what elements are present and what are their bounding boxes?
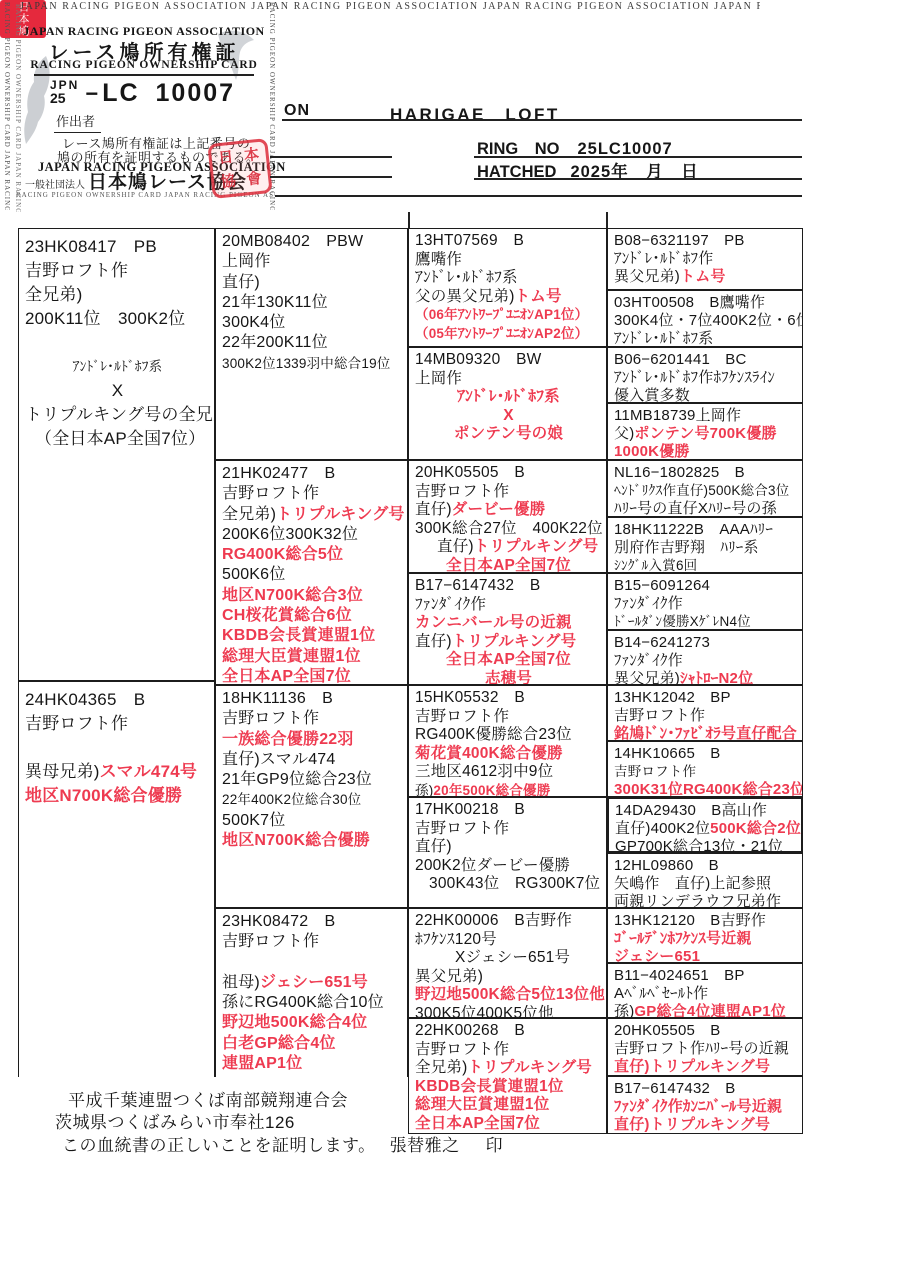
pedigree-text: 18HK11136 B [222,690,333,707]
pedigree-line: X [415,407,602,426]
pedigree-text: 500K6位 [222,566,285,583]
pedigree-line: 300K5位400K5位他 [415,1005,602,1019]
pedigree-highlight-text: 500K総合2位 [710,820,801,837]
pedigree-text: 異父兄弟) [614,268,680,285]
pedigree-highlight-text: 全日本AP全国7位 [415,1115,540,1132]
pedigree-line: （05年ｱﾝﾄﾜｰﾌﾟﾕﾆｵﾝAP2位） [415,325,602,344]
pedigree-cell-great-great-grandparent-2: 03HT00508 B鷹嘴作300K4位・7位400K2位・6位ｱﾝﾄﾞﾚ･ﾙﾄ… [607,290,803,347]
pedigree-text: 20HK05505 B [614,1022,720,1039]
pedigree-text: 300K4位・7位400K2位・6位 [614,312,803,329]
pedigree-text: 全兄弟) [222,506,276,523]
pedigree-line: 300K4位・7位400K2位・6位 [614,312,798,330]
pedigree-line: 300K43位 RG300K7位 [415,875,602,894]
pedigree-text: 父の異父兄弟) [415,288,515,305]
certification-statement: この血統書の正しいことを証明します。 [62,1136,376,1155]
pedigree-line [222,953,403,973]
pedigree-line: 全兄弟) [25,283,210,307]
pedigree-cell-great-grandparent-3: 20HK05505 B吉野ロフト作直仔)ダービー優勝300K総合27位 400K… [408,460,607,573]
pedigree-text: 11MB18739上岡作 [614,407,741,424]
pedigree-highlight-text: スマル474号 [100,762,197,781]
pedigree-text: B14−6241273 [614,634,710,651]
pedigree-highlight-text: 総理大臣賞連盟1位 [415,1096,549,1113]
pedigree-line: 異父兄弟)ｼｬﾄﾛｰN2位 [614,670,798,685]
pedigree-text: 03HT00508 B鷹嘴作 [614,294,765,311]
pedigree-highlight-text: 地区N700K総合優勝 [25,786,182,805]
pedigree-line: 21HK02477 B [222,464,403,484]
pedigree-highlight-text: （05年ｱﾝﾄﾜｰﾌﾟﾕﾆｵﾝAP2位） [415,326,588,341]
pedigree-line: 白老GP総合4位 [222,1034,403,1054]
pedigree-text: 15HK05532 B [415,689,525,706]
pedigree-text: 14DA29430 B高山作 [615,802,767,819]
pedigree-text: 13HT07569 B [415,232,524,249]
pedigree-highlight-text: 銘鳩ﾄﾞﾝ･ﾌｧﾋﾞｵﾗ号直仔配合 [614,725,797,741]
pedigree-text: Aﾍﾞﾙﾍﾞｾｰﾙﾄ作 [614,985,708,1002]
pedigree-line: ｱﾝﾄﾞﾚ･ﾙﾄﾞﾎﾌ系 [415,388,602,407]
pedigree-line: 14HK10665 B [614,745,798,763]
pedigree-text: 22HK00268 B [415,1022,525,1039]
pedigree-text: 父) [614,425,634,442]
pedigree-highlight-text: 全日本AP全国7位 [222,668,351,685]
pedigree-cell-grandparent-2: 21HK02477 B吉野ロフト作全兄弟)トリプルキング号200K6位300K3… [215,460,408,685]
pedigree-highlight-text: カンニバール号の近親 [415,614,572,631]
pedigree-cell-great-great-grandparent-13: 13HK12120 B吉野作ｺﾞｰﾙﾃﾞﾝﾎﾌｹﾝｽ号近親ジェシー651 [607,908,803,963]
pedigree-line: 吉野ロフト作 [415,1041,602,1060]
pedigree-cell-great-great-grandparent-3: B06−6201441 BCｱﾝﾄﾞﾚ･ﾙﾄﾞﾎﾌ作ﾎﾌｹﾝｽﾗｲﾝ優入賞多数 [607,347,803,403]
pedigree-line: 吉野ロフト作ﾊﾘｰ号の近親 [614,1040,798,1058]
pedigree-highlight-text: 連盟AP1位 [222,1055,302,1072]
pedigree-line: B14−6241273 [614,634,798,652]
pedigree-text: 直仔)スマル474 [222,751,336,768]
pedigree-line: 300K2位1339羽中総合19位 [222,354,403,374]
pedigree-line: 孫)20年500K総合優勝 [415,782,602,798]
pedigree-line: 吉野ロフト作 [222,484,403,504]
footer-certification: この血統書の正しいことを証明します。張替雅之印 [62,1131,503,1156]
pedigree-text: ﾌｧﾝﾀﾞｲｸ作 [614,652,683,669]
pedigree-highlight-text: ジェシー651号 [260,974,368,991]
pedigree-text: トリプルキング号の全兄弟 [25,405,215,424]
pedigree-line: 直仔)スマル474 [222,750,403,770]
pedigree-text: 吉野ロフト作 [25,714,128,733]
pedigree-line: Aﾍﾞﾙﾍﾞｾｰﾙﾄ作 [614,985,798,1003]
pedigree-text: 孫) [415,783,433,798]
pedigree-line: KBDB会長賞連盟1位 [415,1078,602,1097]
pedigree-line: ﾄﾞｰﾙﾀﾞﾝ優勝XｹﾞﾚN4位 [614,613,798,630]
pedigree-text: 全兄弟) [25,285,82,304]
pedigree-text: B17−6147432 B [614,1080,735,1097]
pedigree-cell-great-grandparent-6: 17HK00218 B吉野ロフト作直仔)200K2位ダービー優勝300K43位 … [408,797,607,908]
pedigree-cell-grandparent-3: 18HK11136 B吉野ロフト作一族総合優勝22羽直仔)スマル47421年GP… [215,685,408,908]
pedigree-highlight-text: 総理大臣賞連盟1位 [222,648,361,665]
pedigree-highlight-text: ｼｬﾄﾛｰN2位 [680,670,753,685]
pedigree-line: 11MB18739上岡作 [614,407,798,425]
pedigree-highlight-text: トリプルキング号 [467,1059,592,1076]
pedigree-text: 吉野ロフト作 [614,764,696,779]
pedigree-text: 直仔) [415,501,452,518]
pedigree-line: 21年GP9位総合23位 [222,770,403,790]
pedigree-line: ﾍﾝﾄﾞﾘｸｽ作直仔)500K総合3位 [614,482,798,500]
pedigree-text: B08−6321197 PB [614,232,745,249]
pedigree-line: CH桜花賞総合6位 [222,606,403,626]
pedigree-cell-parent-2: 24HK04365 B吉野ロフト作 異母兄弟)スマル474号地区N700K総合優… [18,681,215,1077]
pedigree-text: 17HK00218 B [415,801,525,818]
pedigree-text: 孫) [614,1003,634,1018]
pedigree-text: 13HK12042 BP [614,689,731,706]
pedigree-line: 23HK08472 B [222,912,403,932]
pedigree-line: 300K31位RG400K総合23位 [614,781,798,797]
pedigree-text: ﾌｧﾝﾀﾞｲｸ作 [415,596,486,613]
pedigree-line: B11−4024651 BP [614,967,798,985]
pedigree-line: 17HK00218 B [415,801,602,820]
pedigree-text: RG400K優勝総合23位 [415,726,572,743]
pedigree-line: ﾊﾘｰ号の直仔Xﾊﾘｰ号の孫 [614,500,798,517]
pedigree-highlight-text: トム号 [680,268,726,285]
pedigree-text: 吉野ロフト作 [415,483,509,500]
pedigree-cell-great-grandparent-4: B17−6147432 Bﾌｧﾝﾀﾞｲｸ作カンニバール号の近親直仔)トリプルキン… [408,573,607,685]
pedigree-highlight-text: 直仔)トリプルキング号 [614,1116,770,1133]
pedigree-line: ｱﾝﾄﾞﾚ･ﾙﾄﾞﾎﾌ系 [614,330,798,347]
pedigree-text: 21年GP9位総合23位 [222,771,372,788]
pedigree-line: ｱﾝﾄﾞﾚ･ﾙﾄﾞﾎﾌ系 [25,355,210,379]
pedigree-line: 吉野ロフト作 [25,259,210,283]
pedigree-line: 20HK05505 B [614,1022,798,1040]
pedigree-line: B17−6147432 B [415,577,602,596]
pedigree-line [25,736,210,760]
pedigree-cell-parent-1: 23HK08417 PB吉野ロフト作全兄弟)200K11位 300K2位 ｱﾝﾄ… [18,228,215,681]
pedigree-line: 直仔)トリプルキング号 [614,1116,798,1134]
pedigree-line: KBDB会長賞連盟1位 [222,626,403,646]
pedigree-line: ジェシー651 [614,948,798,963]
pedigree-text: （全日本AP全国7位） [35,429,205,448]
pedigree-line: 1000K優勝 [614,443,798,460]
pedigree-highlight-text: ジェシー651 [614,948,700,963]
pedigree-line: 異母兄弟)スマル474号 [25,760,210,784]
pedigree-text: 異父兄弟) [614,670,680,685]
pedigree-highlight-text: 地区N700K総合優勝 [222,832,370,849]
pedigree-text: X [112,381,124,400]
pedigree-text: 異母兄弟) [25,762,100,781]
pedigree-text: ﾊﾘｰ号の直仔Xﾊﾘｰ号の孫 [614,500,777,517]
pedigree-highlight-text: 300K31位RG400K総合23位 [614,781,803,797]
pedigree-line: ポンテン号の娘 [415,425,602,444]
pedigree-text: 直仔) [437,538,474,555]
pedigree-text: 23HK08417 PB [25,237,157,256]
pedigree-line: 全兄弟)トリプルキング号 [222,505,403,525]
pedigree-line: 200K2位ダービー優勝 [415,857,602,876]
pedigree-line: 父)ポンテン号700K優勝 [614,425,798,443]
pedigree-line: 18HK11222B AAAﾊﾘｰ [614,521,798,539]
pedigree-line: 三地区4612羽中9位 [415,763,602,782]
pedigree-highlight-text: トリプルキング号 [474,538,599,555]
pedigree-line: B08−6321197 PB [614,232,798,250]
pedigree-certificate-page: JAPAN RACING PIGEON ASSOCIATION JAPAN RA… [0,0,900,1272]
pedigree-cell-great-grandparent-5: 15HK05532 B吉野ロフト作RG400K優勝総合23位菊花賞400K総合優… [408,685,607,797]
pedigree-highlight-text: トム号 [515,288,562,305]
pedigree-text: 孫にRG400K総合10位 [222,994,384,1011]
pedigree-cell-great-grandparent-1: 13HT07569 B鷹嘴作ｱﾝﾄﾞﾚ･ﾙﾄﾞﾎﾌ系父の異父兄弟)トム号（06年… [408,228,607,347]
pedigree-text: ﾄﾞｰﾙﾀﾞﾝ優勝XｹﾞﾚN4位 [614,614,751,629]
pedigree-highlight-text: ポンテン号の娘 [454,425,563,442]
pedigree-text: 直仔) [415,633,452,650]
pedigree-line: 24HK04365 B [25,688,210,712]
pedigree-text: 三地区4612羽中9位 [415,763,553,780]
pedigree-text: 23HK08472 B [222,913,335,930]
pedigree-cell-great-great-grandparent-7: B15−6091264ﾌｧﾝﾀﾞｲｸ作ﾄﾞｰﾙﾀﾞﾝ優勝XｹﾞﾚN4位 [607,573,803,630]
pedigree-line: ﾌｧﾝﾀﾞｲｸ作ｶﾝﾆﾊﾞｰﾙ号近親 [614,1098,798,1116]
pedigree-text: ｱﾝﾄﾞﾚ･ﾙﾄﾞﾎﾌ作 [614,250,714,267]
pedigree-line: 22年400K2位総合30位 [222,790,403,810]
pedigree-cell-grandparent-4: 23HK08472 B吉野ロフト作 祖母)ジェシー651号孫にRG400K総合1… [215,908,408,1077]
pedigree-line: 鷹嘴作 [415,251,602,270]
pedigree-cell-great-great-grandparent-4: 11MB18739上岡作父)ポンテン号700K優勝1000K優勝 [607,403,803,460]
pedigree-line: 吉野ロフト作 [415,708,602,727]
pedigree-text: 祖母) [222,974,260,991]
pedigree-line: 15HK05532 B [415,689,602,708]
pedigree-line: 吉野ロフト作 [415,483,602,502]
pedigree-line: 吉野ロフト作 [415,820,602,839]
pedigree-line: ｱﾝﾄﾞﾚ･ﾙﾄﾞﾎﾌ系 [415,269,602,288]
pedigree-cell-great-grandparent-7: 22HK00006 B吉野作ﾎﾌｹﾝｽ120号Xジェシー651号異父兄弟)野辺地… [408,908,607,1018]
pedigree-line: B17−6147432 B [614,1080,798,1098]
pedigree-cell-great-great-grandparent-8: B14−6241273ﾌｧﾝﾀﾞｲｸ作異父兄弟)ｼｬﾄﾛｰN2位 [607,630,803,685]
pedigree-text: ｱﾝﾄﾞﾚ･ﾙﾄﾞﾎﾌ系 [614,330,714,347]
pedigree-text: 吉野ロフト作 [614,707,705,724]
pedigree-line: 吉野ロフト作 [222,709,403,729]
pedigree-line: ﾌｧﾝﾀﾞｲｸ作 [614,595,798,613]
pedigree-highlight-text: 白老GP総合4位 [222,1035,336,1052]
pedigree-line: 18HK11136 B [222,689,403,709]
pedigree-line: （全日本AP全国7位） [25,427,210,451]
pedigree-cell-grandparent-1: 20MB08402 PBW上岡作直仔)21年130K11位300K4位22年20… [215,228,408,460]
pedigree-line: 500K6位 [222,565,403,585]
pedigree-highlight-text: 志穂号 [485,670,532,686]
pedigree-line: 13HK12120 B吉野作 [614,912,798,930]
pedigree-line: 直仔)トリプルキング号 [614,1058,798,1076]
pedigree-line: 20HK05505 B [415,464,602,483]
pedigree-line: 異父兄弟)トム号 [614,268,798,286]
pedigree-line: 14MB09320 BW [415,351,602,370]
pedigree-text: ﾎﾌｹﾝｽ120号 [415,931,497,948]
pedigree-highlight-text: 全日本AP全国7位 [446,557,571,574]
pedigree-text: 300K4位 [222,314,285,331]
pedigree-text: 別府作吉野翔 ﾊﾘｰ系 [614,539,759,556]
pedigree-cell-great-grandparent-2: 14MB09320 BW上岡作ｱﾝﾄﾞﾚ･ﾙﾄﾞﾎﾌ系Xポンテン号の娘 [408,347,607,460]
pedigree-highlight-text: ﾌｧﾝﾀﾞｲｸ作ｶﾝﾆﾊﾞｰﾙ号近親 [614,1098,782,1115]
pedigree-cell-great-great-grandparent-5: NL16−1802825 Bﾍﾝﾄﾞﾘｸｽ作直仔)500K総合3位ﾊﾘｰ号の直仔… [607,460,803,517]
pedigree-line: 野辺地500K総合5位13位他 [415,986,602,1005]
pedigree-text: 24HK04365 B [25,690,145,709]
pedigree-text: 200K6位300K32位 [222,526,358,543]
pedigree-text: 300K43位 RG300K7位 [429,875,600,892]
pedigree-table: 23HK08417 PB吉野ロフト作全兄弟)200K11位 300K2位 ｱﾝﾄ… [0,0,900,1272]
pedigree-cell-great-grandparent-8: 22HK00268 B吉野ロフト作全兄弟)トリプルキング号KBDB会長賞連盟1位… [408,1018,607,1134]
pedigree-text: 異父兄弟) [415,968,483,985]
pedigree-line: 上岡作 [415,370,602,389]
pedigree-line: 300K総合27位 400K22位 [415,520,602,539]
pedigree-text: 吉野ロフト作 [222,710,319,727]
pedigree-text: 300K総合27位 400K22位 [415,520,603,537]
pedigree-line: トリプルキング号の全兄弟 [25,403,210,427]
seal-character: 印 [486,1136,504,1155]
pedigree-highlight-text: 20年500K総合優勝 [433,783,550,798]
pedigree-line: 200K11位 300K2位 [25,307,210,331]
pedigree-text: ﾍﾝﾄﾞﾘｸｽ作直仔)500K総合3位 [614,483,789,498]
pedigree-text: 吉野ロフト作 [222,933,319,950]
pedigree-text: 22HK00006 B吉野作 [415,912,572,929]
pedigree-line: 500K7位 [222,811,403,831]
pedigree-cell-great-great-grandparent-14: B11−4024651 BPAﾍﾞﾙﾍﾞｾｰﾙﾄ作孫)GP総合4位連盟AP1位 [607,963,803,1018]
pedigree-line: 300K4位 [222,313,403,333]
pedigree-text: 500K7位 [222,812,285,829]
pedigree-highlight-text: ポンテン号700K優勝 [634,425,776,442]
pedigree-line: 孫)GP総合4位連盟AP1位 [614,1003,798,1018]
pedigree-line: 14DA29430 B高山作 [615,802,797,820]
pedigree-text: 吉野ロフト作 [415,820,509,837]
pedigree-highlight-text: （06年ｱﾝﾄﾜｰﾌﾟﾕﾆｵﾝAP1位） [415,307,588,322]
pedigree-text: 300K5位400K5位他 [415,1005,554,1019]
pedigree-text: 吉野ロフト作 [415,708,509,725]
pedigree-text: 13HK12120 B吉野作 [614,912,766,929]
pedigree-highlight-text: 1000K優勝 [614,443,690,460]
pedigree-text: B11−4024651 BP [614,967,745,984]
pedigree-line: 03HT00508 B鷹嘴作 [614,294,798,312]
pedigree-text: 21HK02477 B [222,465,335,482]
pedigree-highlight-text: 一族総合優勝22羽 [222,731,354,748]
pedigree-text: ｱﾝﾄﾞﾚ･ﾙﾄﾞﾎﾌ系 [73,359,163,374]
pedigree-highlight-text: 野辺地500K総合4位 [222,1014,367,1031]
pedigree-line: 菊花賞400K総合優勝 [415,745,602,764]
pedigree-highlight-text: X [503,407,514,424]
pedigree-line: 一族総合優勝22羽 [222,730,403,750]
pedigree-text: 両親リンデラウフ兄弟作 [614,893,781,908]
pedigree-line: 200K6位300K32位 [222,525,403,545]
pedigree-line: 13HT07569 B [415,232,602,251]
pedigree-line: 直仔)ダービー優勝 [415,501,602,520]
pedigree-highlight-text: RG400K総合5位 [222,546,343,563]
pedigree-line: 地区N700K総合優勝 [222,831,403,851]
pedigree-line: （06年ｱﾝﾄﾜｰﾌﾟﾕﾆｵﾝAP1位） [415,306,602,325]
pedigree-line: 23HK08417 PB [25,235,210,259]
pedigree-highlight-text: ｱﾝﾄﾞﾚ･ﾙﾄﾞﾎﾌ系 [457,388,560,405]
pedigree-cell-great-great-grandparent-9: 13HK12042 BP吉野ロフト作銘鳩ﾄﾞﾝ･ﾌｧﾋﾞｵﾗ号直仔配合 [607,685,803,741]
pedigree-text: 優入賞多数 [614,387,690,403]
pedigree-line: NL16−1802825 B [614,464,798,482]
pedigree-line: 異父兄弟) [415,968,602,987]
pedigree-text: ｼﾝｸﾞﾙ入賞6回 [614,558,697,573]
pedigree-highlight-text: トリプルキング号 [452,633,577,650]
pedigree-text: 200K2位ダービー優勝 [415,857,570,874]
pedigree-line: 全兄弟)トリプルキング号 [415,1059,602,1078]
pedigree-line: 20MB08402 PBW [222,232,403,252]
pedigree-line: 21年130K11位 [222,293,403,313]
pedigree-text: ﾌｧﾝﾀﾞｲｸ作 [614,595,683,612]
pedigree-line: ｱﾝﾄﾞﾚ･ﾙﾄﾞﾎﾌ作ﾎﾌｹﾝｽﾗｲﾝ [614,369,798,387]
pedigree-line: 直仔)トリプルキング号 [415,538,602,557]
pedigree-text: 200K11位 300K2位 [25,309,185,328]
pedigree-cell-great-great-grandparent-6: 18HK11222B AAAﾊﾘｰ別府作吉野翔 ﾊﾘｰ系ｼﾝｸﾞﾙ入賞6回 [607,517,803,573]
pedigree-line: 吉野ロフト作 [222,932,403,952]
pedigree-line: カンニバール号の近親 [415,614,602,633]
pedigree-line: ｱﾝﾄﾞﾚ･ﾙﾄﾞﾎﾌ作 [614,250,798,268]
pedigree-line: 直仔)トリプルキング号 [415,633,602,652]
pedigree-text: 14HK10665 B [614,745,720,762]
pedigree-line: ﾌｧﾝﾀﾞｲｸ作 [614,652,798,670]
pedigree-text: 22年200K11位 [222,334,328,351]
pedigree-text: 吉野ロフト作 [415,1041,509,1058]
pedigree-line: 連盟AP1位 [222,1054,403,1074]
pedigree-line [25,331,210,355]
pedigree-text: 21年130K11位 [222,294,328,311]
pedigree-highlight-text: トリプルキング号 [276,506,404,523]
pedigree-text: 直仔) [222,274,260,291]
pedigree-text: 20MB08402 PBW [222,233,363,250]
pedigree-line: B06−6201441 BC [614,351,798,369]
pedigree-line: 22年200K11位 [222,333,403,353]
pedigree-text: 吉野ロフト作 [25,261,128,280]
pedigree-text: 18HK11222B AAAﾊﾘｰ [614,521,773,538]
pedigree-line: 全日本AP全国7位 [415,651,602,670]
pedigree-text: 鷹嘴作 [415,251,462,268]
pedigree-line: RG400K総合5位 [222,545,403,565]
pedigree-line: 両親リンデラウフ兄弟作 [614,893,798,908]
pedigree-highlight-text: KBDB会長賞連盟1位 [415,1078,564,1095]
pedigree-cell-great-great-grandparent-1: B08−6321197 PBｱﾝﾄﾞﾚ･ﾙﾄﾞﾎﾌ作異父兄弟)トム号 [607,228,803,290]
pedigree-line: 野辺地500K総合4位 [222,1013,403,1033]
pedigree-line: 地区N700K総合3位 [222,586,403,606]
pedigree-line: 12HL09860 B [614,857,798,875]
pedigree-line: ｺﾞｰﾙﾃﾞﾝﾎﾌｹﾝｽ号近親 [614,930,798,948]
pedigree-line: X [25,379,210,403]
pedigree-text: 直仔) [415,838,452,855]
pedigree-text: NL16−1802825 B [614,464,745,481]
pedigree-text: 20HK05505 B [415,464,525,481]
pedigree-line: 全日本AP全国7位 [415,557,602,574]
pedigree-line: 優入賞多数 [614,387,798,403]
pedigree-line: 直仔) [222,273,403,293]
pedigree-highlight-text: KBDB会長賞連盟1位 [222,627,375,644]
pedigree-line: 祖母)ジェシー651号 [222,973,403,993]
pedigree-line: 志穂号 [415,670,602,686]
pedigree-line: 吉野ロフト作 [614,763,798,781]
pedigree-line: 総理大臣賞連盟1位 [415,1096,602,1115]
pedigree-highlight-text: ｺﾞｰﾙﾃﾞﾝﾎﾌｹﾝｽ号近親 [614,930,752,947]
pedigree-line: 銘鳩ﾄﾞﾝ･ﾌｧﾋﾞｵﾗ号直仔配合 [614,725,798,741]
pedigree-text: 矢嶋作 直仔)上記参照 [614,875,771,892]
pedigree-text: 全兄弟) [415,1059,467,1076]
pedigree-text: 300K2位1339羽中総合19位 [222,356,391,371]
pedigree-highlight-text: 地区N700K総合3位 [222,587,363,604]
pedigree-highlight-text: CH桜花賞総合6位 [222,607,352,624]
pedigree-line: 別府作吉野翔 ﾊﾘｰ系 [614,539,798,557]
pedigree-line: B15−6091264 [614,577,798,595]
pedigree-text: B15−6091264 [614,577,710,594]
pedigree-line: 直仔) [415,838,602,857]
pedigree-line: 22HK00006 B吉野作 [415,912,602,931]
pedigree-text: B06−6201441 BC [614,351,746,368]
pedigree-highlight-text: 直仔)トリプルキング号 [614,1058,770,1075]
pedigree-line: 矢嶋作 直仔)上記参照 [614,875,798,893]
pedigree-text: 上岡作 [415,370,462,387]
pedigree-line: 孫にRG400K総合10位 [222,993,403,1013]
pedigree-line: 全日本AP全国7位 [222,667,403,685]
pedigree-text: 直仔)400K2位 [615,820,710,837]
pedigree-text: 22年400K2位総合30位 [222,792,361,807]
pedigree-cell-great-great-grandparent-15: 20HK05505 B吉野ロフト作ﾊﾘｰ号の近親直仔)トリプルキング号 [607,1018,803,1076]
pedigree-cell-great-great-grandparent-10: 14HK10665 B吉野ロフト作300K31位RG400K総合23位 [607,741,803,797]
pedigree-highlight-text: 全日本AP全国7位 [446,651,571,668]
pedigree-text: Xジェシー651号 [455,949,570,966]
pedigree-text: ｱﾝﾄﾞﾚ･ﾙﾄﾞﾎﾌ系 [415,269,518,286]
pedigree-line: 父の異父兄弟)トム号 [415,288,602,307]
